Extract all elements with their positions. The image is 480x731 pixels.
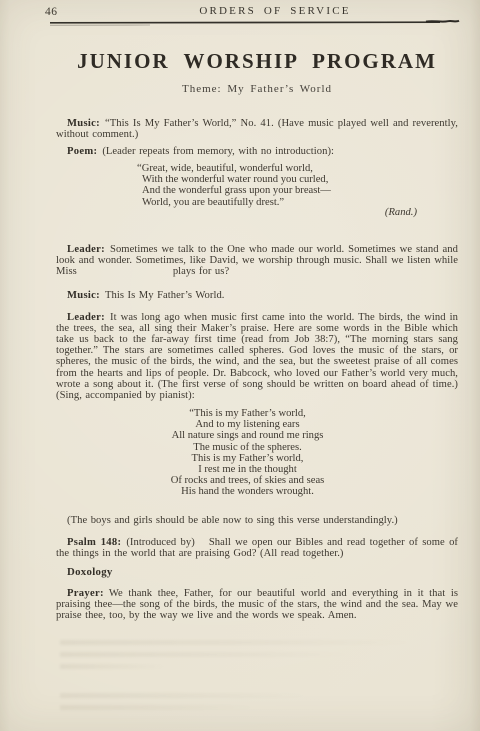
program-theme: Theme: My Father’s World (56, 83, 458, 95)
note-text: (The boys and girls should be able now t… (67, 515, 398, 526)
page-showthrough (60, 640, 440, 676)
prayer-label: Prayer: (67, 588, 104, 599)
music-paragraph-2: Music:This Is My Father’s World. (56, 290, 458, 301)
doxology-heading: Doxology (56, 567, 458, 578)
leader-paragraph-2: Leader:It was long ago when music first … (56, 312, 458, 402)
psalm-intro: (Introduced by) (126, 537, 195, 548)
poem-label: Poem: (67, 146, 97, 157)
doxology-label: Doxology (67, 566, 113, 578)
leader-text-after-blank: plays for us? (173, 266, 229, 277)
hymn-line: “This is my Father’s world, (140, 408, 355, 419)
music-label: Music: (67, 290, 100, 301)
poem-intro-paragraph: Poem:(Leader repeats from memory, with n… (56, 146, 458, 157)
leader-label: Leader: (67, 244, 105, 255)
poem-line: World, you are beautifully drest.” (137, 197, 331, 208)
program-title: JUNIOR WORSHIP PROGRAM (56, 49, 458, 74)
header-rule (0, 14, 480, 30)
leader-paragraph-1: Leader:Sometimes we talk to the One who … (56, 244, 458, 278)
hymn-line: And to my listening ears (140, 419, 355, 430)
hymn-line: I rest me in the thought (140, 464, 355, 475)
psalm-paragraph: Psalm 148:(Introduced by)Shall we open o… (56, 537, 458, 559)
leader-text: It was long ago when music first came in… (56, 312, 458, 401)
prayer-text: We thank thee, Father, for our beautiful… (56, 588, 458, 621)
poem-line: With the wonderful water round you curle… (137, 174, 331, 185)
hymn-line: His hand the wonders wrought. (140, 486, 355, 497)
leader-text-before-blank: Sometimes we talk to the One who made ou… (56, 244, 458, 277)
poem-quote: “Great, wide, beautiful, wonderful world… (137, 163, 331, 208)
poem-line: And the wonderful grass upon your breast… (137, 185, 331, 196)
poem-line: “Great, wide, beautiful, wonderful world… (137, 163, 331, 174)
music-paragraph-1: Music:“This Is My Father’s World,” No. 4… (56, 118, 458, 140)
poem-intro-text: (Leader repeats from memory, with no int… (102, 146, 334, 157)
note-paragraph: (The boys and girls should be able now t… (56, 515, 458, 526)
poem-attribution: (Rand.) (385, 207, 417, 218)
hymn-line: The music of the spheres. (140, 442, 355, 453)
hymn-line: Of rocks and trees, of skies and seas (140, 475, 355, 486)
leader-label: Leader: (67, 312, 105, 323)
page-showthrough (60, 693, 440, 717)
prayer-paragraph: Prayer:We thank thee, Father, for our be… (56, 588, 458, 622)
hymn-line: All nature sings and round me rings (140, 430, 355, 441)
music-text: “This Is My Father’s World,” No. 41. (Ha… (56, 118, 458, 140)
hymn-verse: “This is my Father’s world, And to my li… (140, 408, 355, 498)
book-page: 46 ORDERS OF SERVICE JUNIOR WORSHIP PROG… (0, 0, 480, 731)
music-text: This Is My Father’s World. (105, 290, 225, 301)
psalm-label: Psalm 148: (67, 537, 121, 548)
music-label: Music: (67, 118, 100, 129)
hymn-line: This is my Father’s world, (140, 453, 355, 464)
